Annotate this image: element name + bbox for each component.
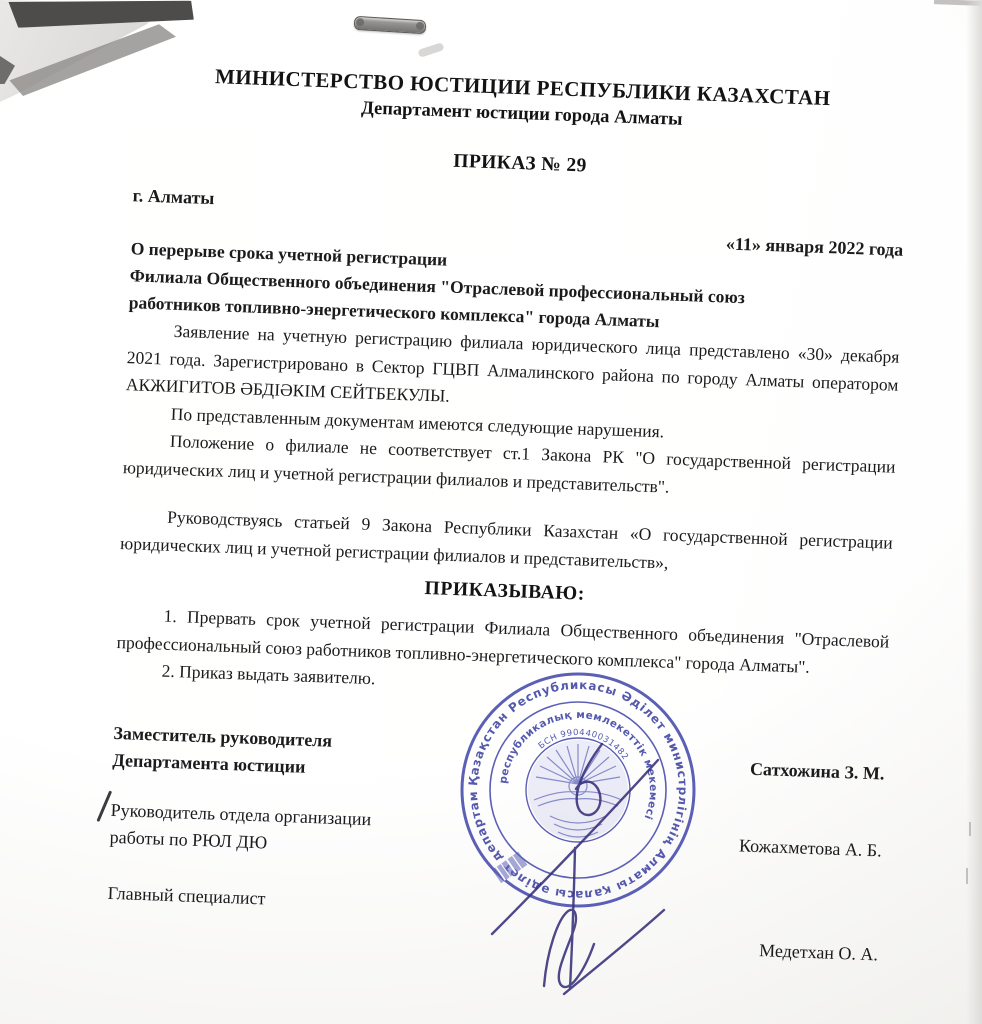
document-content: МИНИСТЕРСТВО ЮСТИЦИИ РЕСПУБЛИКИ КАЗАХСТА… (0, 42, 981, 967)
paper-scratch-mark (417, 42, 444, 58)
signature-row: Руководитель отдела организации работы п… (109, 796, 882, 878)
signer-title: Заместитель руководителя Департамента юс… (112, 719, 333, 781)
edge-tick-mark (969, 822, 971, 836)
signature-row: Главный специалист Медетхан О. А. (106, 879, 880, 965)
staple-icon (354, 16, 427, 34)
signer-title: Руководитель отдела организации работы п… (109, 796, 371, 859)
edge-tick-mark (966, 868, 968, 884)
order-number-title: ПРИКАЗ № 29 (134, 139, 906, 189)
signature-block: Заместитель руководителя Департамента юс… (106, 719, 885, 964)
signer-name: Медетхан О. А. (759, 940, 879, 965)
signer-title-line: Главный специалист (107, 879, 266, 912)
signer-name: Сатхожина З. М. (750, 759, 885, 785)
signature-row: Заместитель руководителя Департамента юс… (112, 719, 885, 801)
signer-title: Главный специалист (107, 879, 266, 912)
signer-name: Кожахметова А. Б. (739, 835, 882, 861)
scanned-document-page: МИНИСТЕРСТВО ЮСТИЦИИ РЕСПУБЛИКИ КАЗАХСТА… (0, 0, 982, 1024)
